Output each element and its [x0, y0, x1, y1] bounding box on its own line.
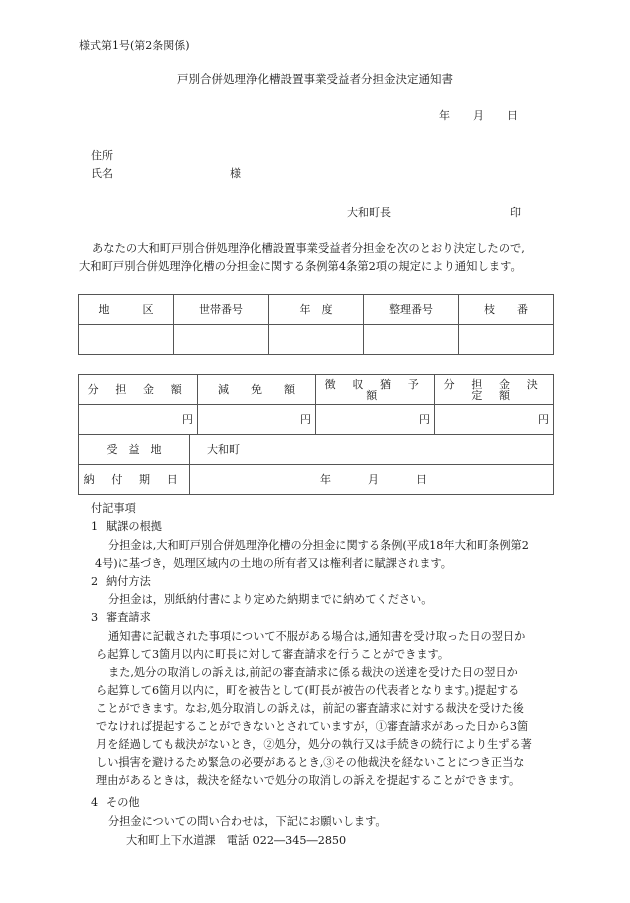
- assessment-table: 分 担 金 額 減 免 額 徴 収 猶 予 額 分 担 金 決 定 額 円 円 …: [78, 374, 554, 495]
- due-date-day: 日: [416, 473, 427, 486]
- issue-date-day: 日: [507, 110, 518, 121]
- note-3-line-1: 通知書に記載された事項について不服がある場合は,通知書を受け取った日の翌日か: [108, 631, 525, 642]
- header-deferred-amount: 徴 収 猶 予 額: [316, 375, 435, 405]
- note-1-line-2: 4号)に基づき，処理区域内の土地の所有者又は権利者に賦課されます。: [95, 558, 452, 569]
- issue-date-year: 年: [439, 110, 473, 121]
- final-amount-value[interactable]: 円: [435, 405, 554, 435]
- note-1-line-1: 分担金は,大和町戸別合併処理浄化槽の分担金に関する条例(平成18年大和町条例第2: [108, 540, 529, 551]
- note-3-title: 3審査請求: [91, 612, 151, 623]
- note-2-line-1: 分担金は，別紙納付書により定めた納期までに納めてください。: [108, 594, 432, 605]
- note-3-line-9: 理由があるときは，裁決を経ないで処分の取消しの訴えを提起することができます。: [96, 775, 520, 786]
- header-assessment-amount: 分 担 金 額: [79, 375, 198, 405]
- header-district: 地 区: [79, 295, 174, 325]
- note-1-number: 1: [91, 521, 106, 532]
- note-4-title-text: その他: [106, 796, 140, 809]
- due-date-value[interactable]: 年月日: [190, 465, 554, 495]
- identification-value-row: [79, 325, 554, 355]
- note-4-title: 4その他: [91, 797, 140, 808]
- document-title: 戸別合併処理浄化槽設置事業受益者分担金決定通知書: [0, 74, 630, 86]
- issue-date: 年月日: [439, 110, 518, 121]
- note-2-title-text: 納付方法: [106, 575, 151, 588]
- note-3-line-6: でなければ提起することができないとされていますが，①審査請求があった日から3箇: [96, 721, 528, 732]
- district-value[interactable]: [79, 325, 174, 355]
- beneficiary-label: 受 益 地: [79, 435, 190, 465]
- household-number-value[interactable]: [174, 325, 269, 355]
- issue-date-month: 月: [473, 110, 507, 121]
- name-label: 氏名: [91, 168, 113, 179]
- due-date-label: 納 付 期 日: [79, 465, 190, 495]
- honorific: 様: [230, 168, 241, 179]
- note-3-line-5: ことができます。なお,処分取消しの訴えは，前記の審査請求に対する裁決を受けた後: [96, 703, 524, 714]
- header-reduction-amount: 減 免 額: [198, 375, 316, 405]
- note-3-line-3: また,処分の取消しの訴えは,前記の審査請求に係る裁決の送達を受けた日の翌日か: [108, 667, 518, 678]
- note-2-title: 2納付方法: [91, 576, 151, 587]
- header-reference-number: 整理番号: [364, 295, 459, 325]
- reduction-amount-value[interactable]: 円: [198, 405, 316, 435]
- beneficiary-value[interactable]: 大和町: [190, 435, 554, 465]
- due-date-month: 月: [368, 474, 416, 485]
- assessment-header-row: 分 担 金 額 減 免 額 徴 収 猶 予 額 分 担 金 決 定 額: [79, 375, 554, 405]
- note-3-line-8: しい損害を避けるため緊急の必要があるとき,③その他裁決を経ないことにつき正当な: [96, 757, 524, 768]
- identification-table: 地 区 世帯番号 年 度 整理番号 枝 番: [78, 294, 554, 355]
- note-3-line-4: ら起算して6箇月以内に，町を被告として(町長が被告の代表者となります。)提起する: [96, 685, 519, 696]
- assessment-amount-value[interactable]: 円: [79, 405, 198, 435]
- note-3-line-2: ら起算して3箇月以内に町長に対して審査請求を行うことができます。: [96, 649, 449, 660]
- sub-number-value[interactable]: [459, 325, 554, 355]
- due-date-row: 納 付 期 日 年月日: [79, 465, 554, 495]
- note-1-title-text: 賦課の根拠: [106, 520, 162, 533]
- identification-header-row: 地 区 世帯番号 年 度 整理番号 枝 番: [79, 295, 554, 325]
- note-3-title-text: 審査請求: [106, 611, 151, 624]
- deferred-amount-value[interactable]: 円: [316, 405, 435, 435]
- address-label: 住所: [91, 150, 113, 161]
- assessment-amount-row: 円 円 円 円: [79, 405, 554, 435]
- note-3-line-7: 月を経過しても裁決がないとき，②処分，処分の執行又は手続きの続行により生ずる著: [96, 739, 532, 750]
- contact-info: 大和町上下水道課 電話 022―345―2850: [126, 835, 346, 846]
- due-date-year: 年: [320, 474, 368, 485]
- fiscal-year-value[interactable]: [269, 325, 364, 355]
- note-4-number: 4: [91, 797, 106, 808]
- note-2-number: 2: [91, 576, 106, 587]
- header-sub-number: 枝 番: [459, 295, 554, 325]
- issuer-name: 大和町長: [347, 207, 391, 218]
- seal-mark: 印: [510, 207, 521, 218]
- reference-number-value[interactable]: [364, 325, 459, 355]
- notes-heading: 付記事項: [91, 503, 136, 514]
- form-number: 様式第1号(第2条関係): [79, 40, 190, 51]
- intro-line-2: 大和町戸別合併処理浄化槽の分担金に関する条例第4条第2項の規定により通知します。: [79, 261, 522, 272]
- note-1-title: 1賦課の根拠: [91, 521, 162, 532]
- note-3-number: 3: [91, 612, 106, 623]
- header-final-amount: 分 担 金 決 定 額: [435, 375, 554, 405]
- header-household-number: 世帯番号: [174, 295, 269, 325]
- note-4-line-1: 分担金についての問い合わせは，下記にお願いします。: [108, 816, 387, 827]
- beneficiary-row: 受 益 地 大和町: [79, 435, 554, 465]
- header-fiscal-year: 年 度: [269, 295, 364, 325]
- intro-line-1: あなたの大和町戸別合併処理浄化槽設置事業受益者分担金を次のとおり決定したので,: [92, 243, 525, 254]
